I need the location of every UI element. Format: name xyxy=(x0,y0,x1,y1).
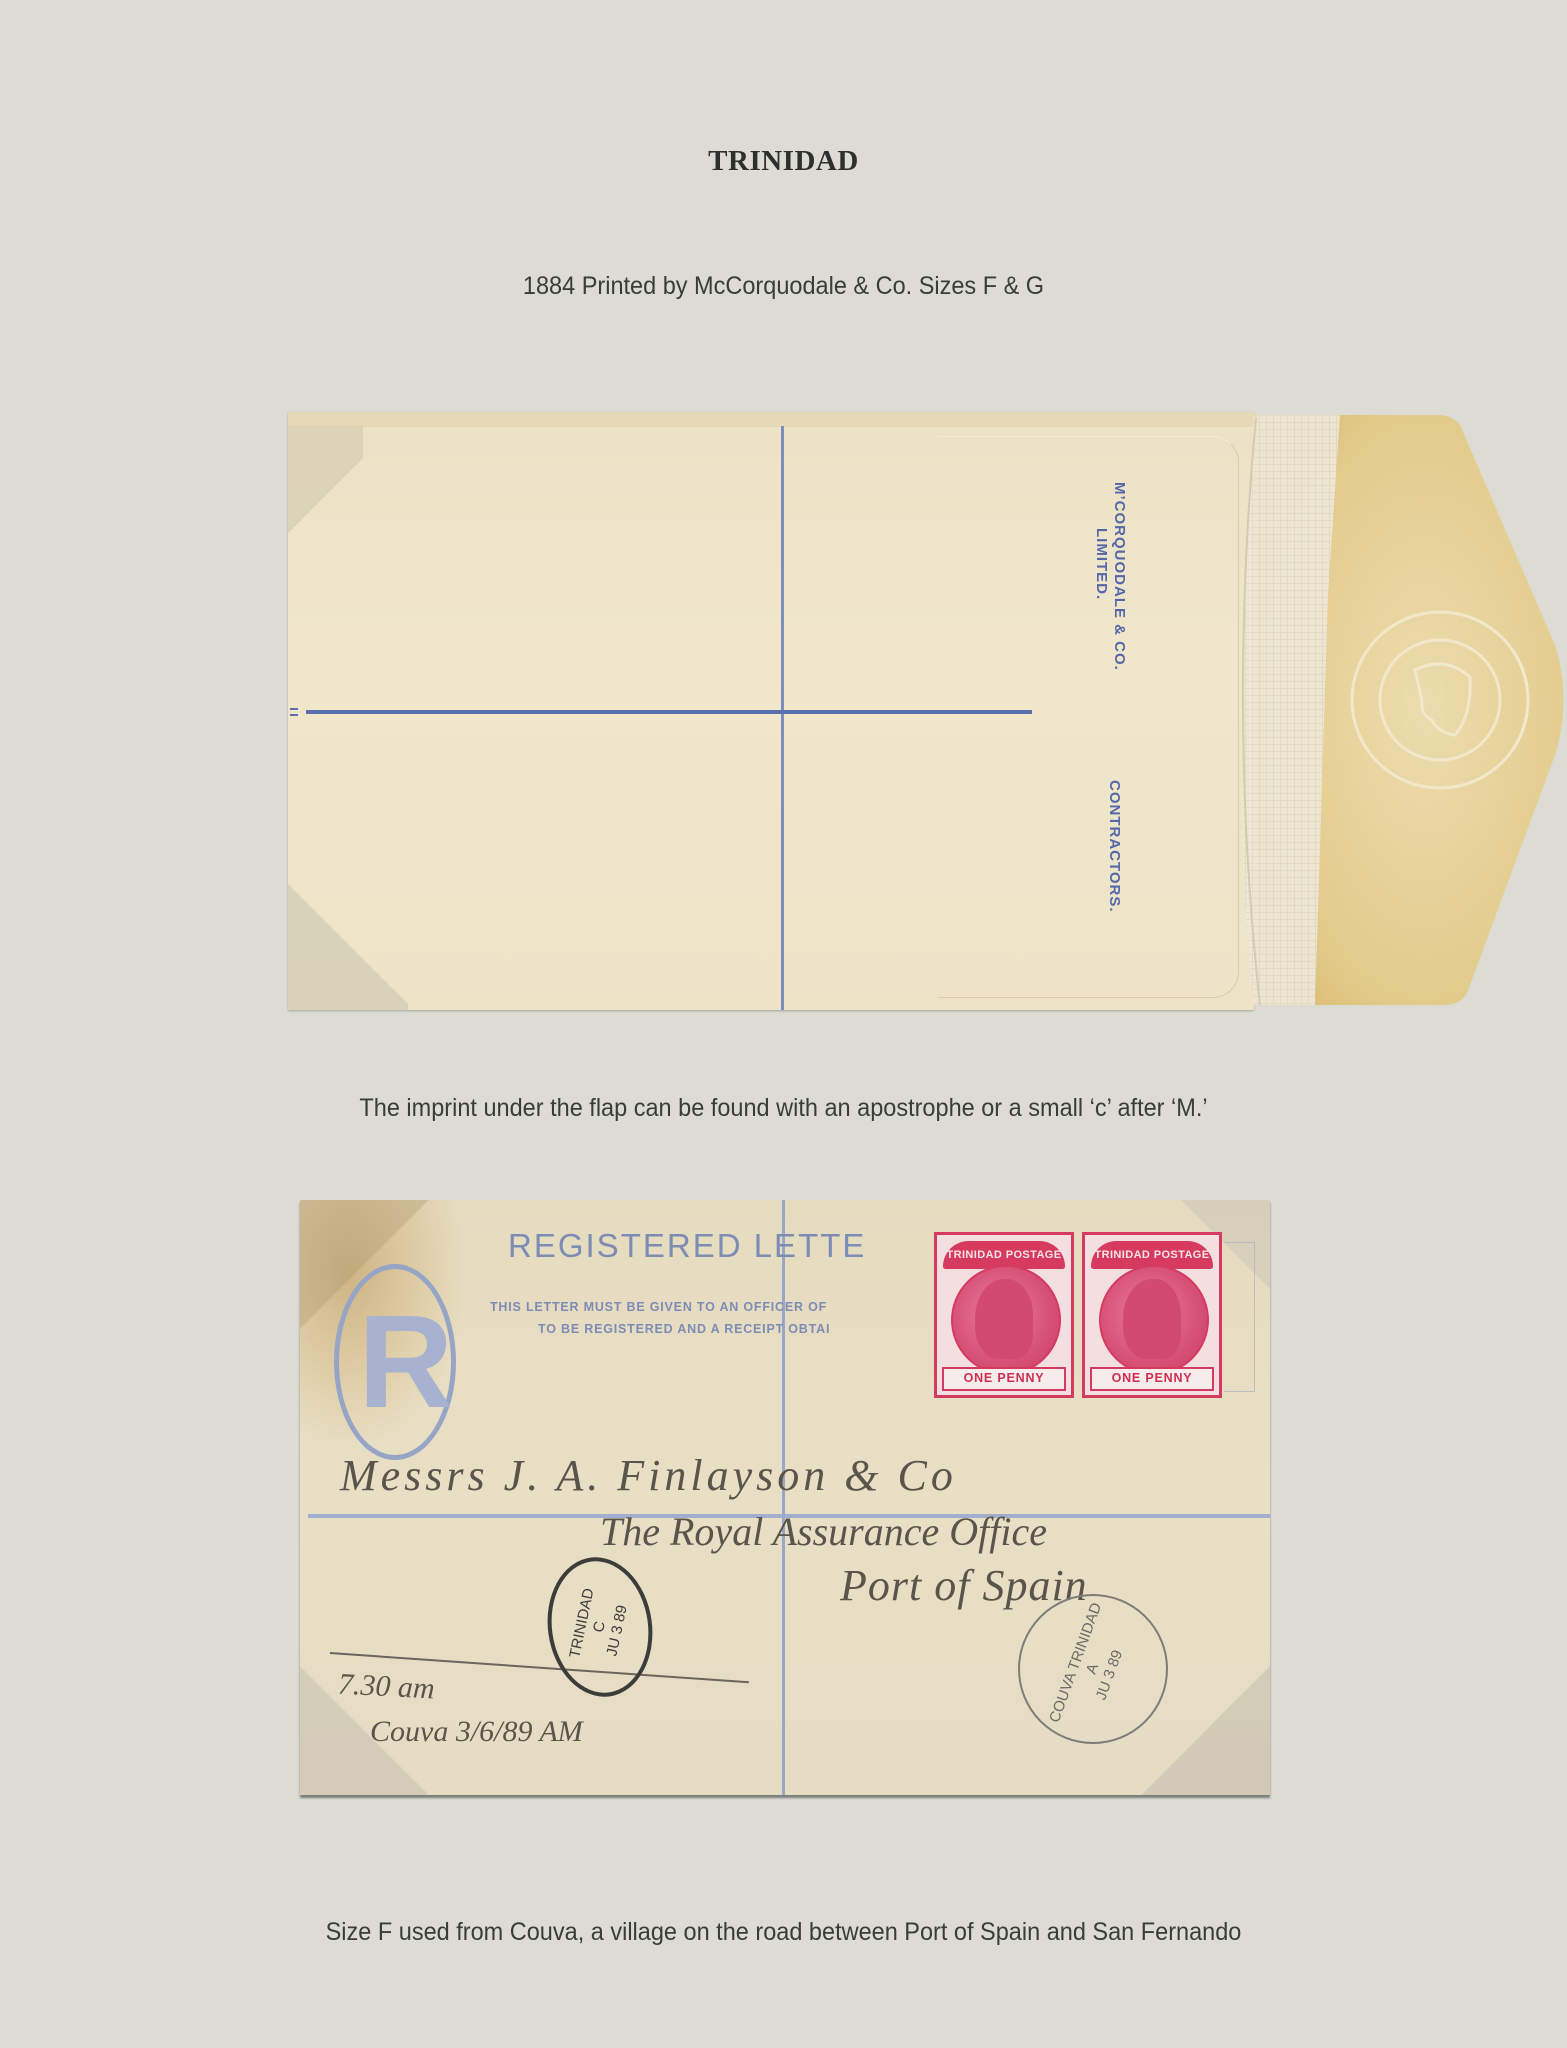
stamp-one-penny: TRINIDAD POSTAGE ONE PENNY xyxy=(934,1232,1074,1398)
address-line-2: The Royal Assurance Office xyxy=(600,1508,1047,1555)
line-end-mark xyxy=(290,708,298,716)
imprint-line-3: CONTRACTORS. xyxy=(1103,780,1125,913)
corner-mount-top-left xyxy=(288,426,363,566)
caption-imprint-note: The imprint under the flap can be found … xyxy=(47,1094,1520,1123)
instruction-line-1: THIS LETTER MUST BE GIVEN TO AN OFFICER … xyxy=(490,1300,827,1314)
page-title: TRINIDAD xyxy=(0,145,1567,178)
queen-victoria-portrait-icon xyxy=(975,1279,1033,1359)
registration-cross-horizontal-line xyxy=(306,710,1032,714)
registration-r-icon: R xyxy=(358,1292,438,1432)
postmark-couva: COUVA TRINIDAD A JU 3 89 xyxy=(1018,1594,1168,1744)
flap-seam-panel xyxy=(938,436,1239,998)
envelope-flap xyxy=(1210,415,1567,1015)
imprint-line-2: LIMITED. xyxy=(1090,528,1112,600)
stamp-one-penny: TRINIDAD POSTAGE ONE PENNY xyxy=(1082,1232,1222,1398)
note-couva-date: Couva 3/6/89 AM xyxy=(370,1715,583,1749)
envelope-top-edge xyxy=(288,412,1254,427)
address-line-3: Port of Spain xyxy=(840,1560,1088,1611)
stamp-value-label: ONE PENNY xyxy=(942,1367,1066,1391)
registered-letter-heading: REGISTERED LETTE xyxy=(508,1227,866,1265)
used-registered-envelope: R REGISTERED LETTE THIS LETTER MUST BE G… xyxy=(300,1200,1270,1795)
stamp-value-label: ONE PENNY xyxy=(1090,1367,1214,1391)
page-subtitle: 1884 Printed by McCorquodale & Co. Sizes… xyxy=(47,272,1520,301)
instruction-line-2: TO BE REGISTERED AND A RECEIPT OBTAI xyxy=(538,1322,830,1336)
stamp-hinge-outline xyxy=(1224,1242,1255,1392)
caption-couva-note: Size F used from Couva, a village on the… xyxy=(47,1918,1520,1947)
note-time: 7.30 am xyxy=(337,1667,435,1706)
stamp-pair: TRINIDAD POSTAGE ONE PENNY TRINIDAD POST… xyxy=(934,1232,1222,1398)
queen-victoria-portrait-icon xyxy=(1123,1279,1181,1359)
postmark-trinidad: TRINIDAD C JU 3 89 xyxy=(539,1550,661,1703)
corner-mount-bottom-left xyxy=(288,870,408,1010)
registration-cross-vertical-line xyxy=(781,426,784,1010)
address-line-1: Messrs J. A. Finlayson & Co xyxy=(340,1450,957,1501)
